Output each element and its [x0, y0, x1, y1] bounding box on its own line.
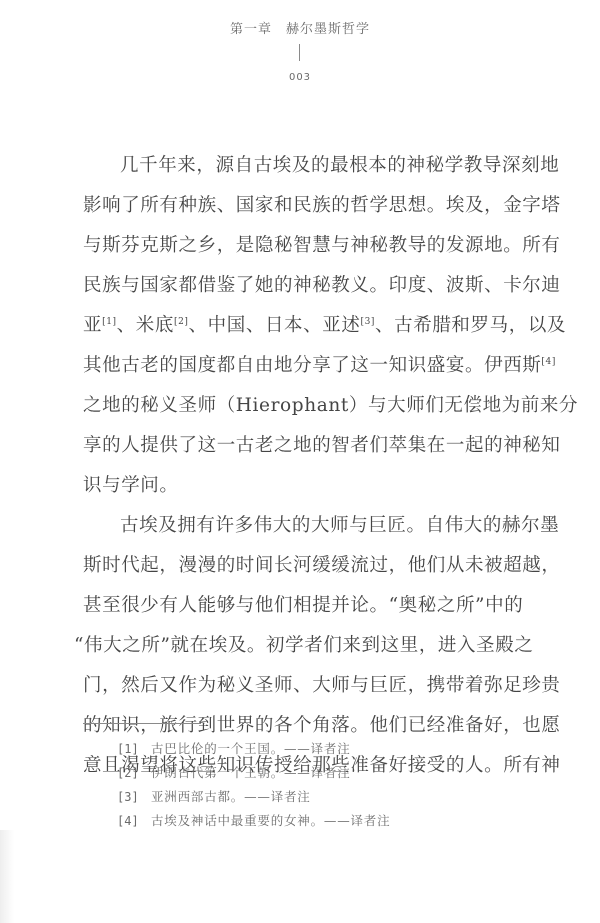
scan-edge-shadow — [0, 830, 14, 923]
body-line: 民族与国家都借鉴了她的神秘教义。印度、波斯、卡尔迪 — [83, 266, 519, 306]
text-segment: 、中国、日本、亚述 — [189, 315, 361, 336]
body-line: 识与学问。 — [83, 466, 519, 506]
footnote-ref-3[interactable]: [3] — [360, 317, 375, 327]
body-line: 甚至很少有人能够与他们相提并论。“奥秘之所”中的 — [83, 586, 519, 626]
footnote-ref-2[interactable]: [2] — [174, 317, 189, 327]
text-segment: 、米底 — [117, 315, 174, 336]
book-page: 第一章 赫尔墨斯哲学 003 几千年来，源自古埃及的最根本的神秘学教导深刻地 影… — [0, 0, 600, 923]
footnote-ref-1[interactable]: [1] — [102, 317, 117, 327]
text-segment: 、古希腊和罗马，以及 — [375, 315, 566, 336]
footnote-text: 亚洲西部古都。——译者注 — [151, 789, 311, 804]
footnote-item: [2]伊朗古代第一个王朝。——译者注 — [117, 761, 537, 785]
text-segment: 其他古老的国度都自由地分享了这一知识盛宴。伊西斯 — [83, 355, 541, 376]
body-line-with-footnote-refs: 其他古老的国度都自由地分享了这一知识盛宴。伊西斯[4] — [83, 346, 519, 386]
footnote-mark: [2] — [117, 761, 151, 785]
running-header-chapter-title: 第一章 赫尔墨斯哲学 — [0, 18, 600, 37]
body-text: 几千年来，源自古埃及的最根本的神秘学教导深刻地 影响了所有种族、国家和民族的哲学… — [83, 146, 519, 786]
header-vertical-rule — [299, 44, 300, 61]
footnote-ref-4[interactable]: [4] — [541, 357, 556, 367]
body-line: 与斯芬克斯之乡，是隐秘智慧与神秘教导的发源地。所有 — [83, 226, 519, 266]
footnote-text: 古埃及神话中最重要的女神。——译者注 — [151, 813, 390, 828]
footnote-item: [1]古巴比伦的一个王国。——译者注 — [117, 737, 537, 761]
body-line: 享的人提供了这一古老之地的智者们萃集在一起的神秘知 — [83, 426, 519, 466]
footnote-text: 古巴比伦的一个王国。——译者注 — [151, 741, 351, 756]
body-line: 影响了所有种族、国家和民族的哲学思想。埃及，金字塔 — [83, 186, 519, 226]
footnote-item: [3]亚洲西部古都。——译者注 — [117, 785, 537, 809]
body-line: “伟大之所”就在埃及。初学者们来到这里，进入圣殿之 — [74, 626, 519, 666]
footnote-mark: [4] — [117, 809, 151, 833]
body-line: 斯时代起，漫漫的时间长河缓缓流过，他们从未被超越， — [83, 546, 519, 586]
body-line: 古埃及拥有许多伟大的大师与巨匠。自伟大的赫尔墨 — [83, 506, 519, 546]
body-line: 几千年来，源自古埃及的最根本的神秘学教导深刻地 — [83, 146, 519, 186]
footnote-item: [4]古埃及神话中最重要的女神。——译者注 — [117, 809, 537, 833]
body-line-with-footnote-refs: 亚[1]、米底[2]、中国、日本、亚述[3]、古希腊和罗马，以及 — [83, 306, 519, 346]
footnotes-list: [1]古巴比伦的一个王国。——译者注 [2]伊朗古代第一个王朝。——译者注 [3… — [117, 737, 537, 833]
footnote-mark: [1] — [117, 737, 151, 761]
page-number: 003 — [0, 72, 600, 83]
body-line: 门，然后又作为秘义圣师、大师与巨匠，携带着弥足珍贵 — [83, 666, 519, 706]
body-line: 之地的秘义圣师（Hierophant）与大师们无偿地为前来分 — [83, 386, 519, 426]
footnote-text: 伊朗古代第一个王朝。——译者注 — [151, 765, 351, 780]
text-segment: 亚 — [83, 315, 102, 336]
footnote-mark: [3] — [117, 785, 151, 809]
footnote-separator-rule — [83, 723, 201, 724]
